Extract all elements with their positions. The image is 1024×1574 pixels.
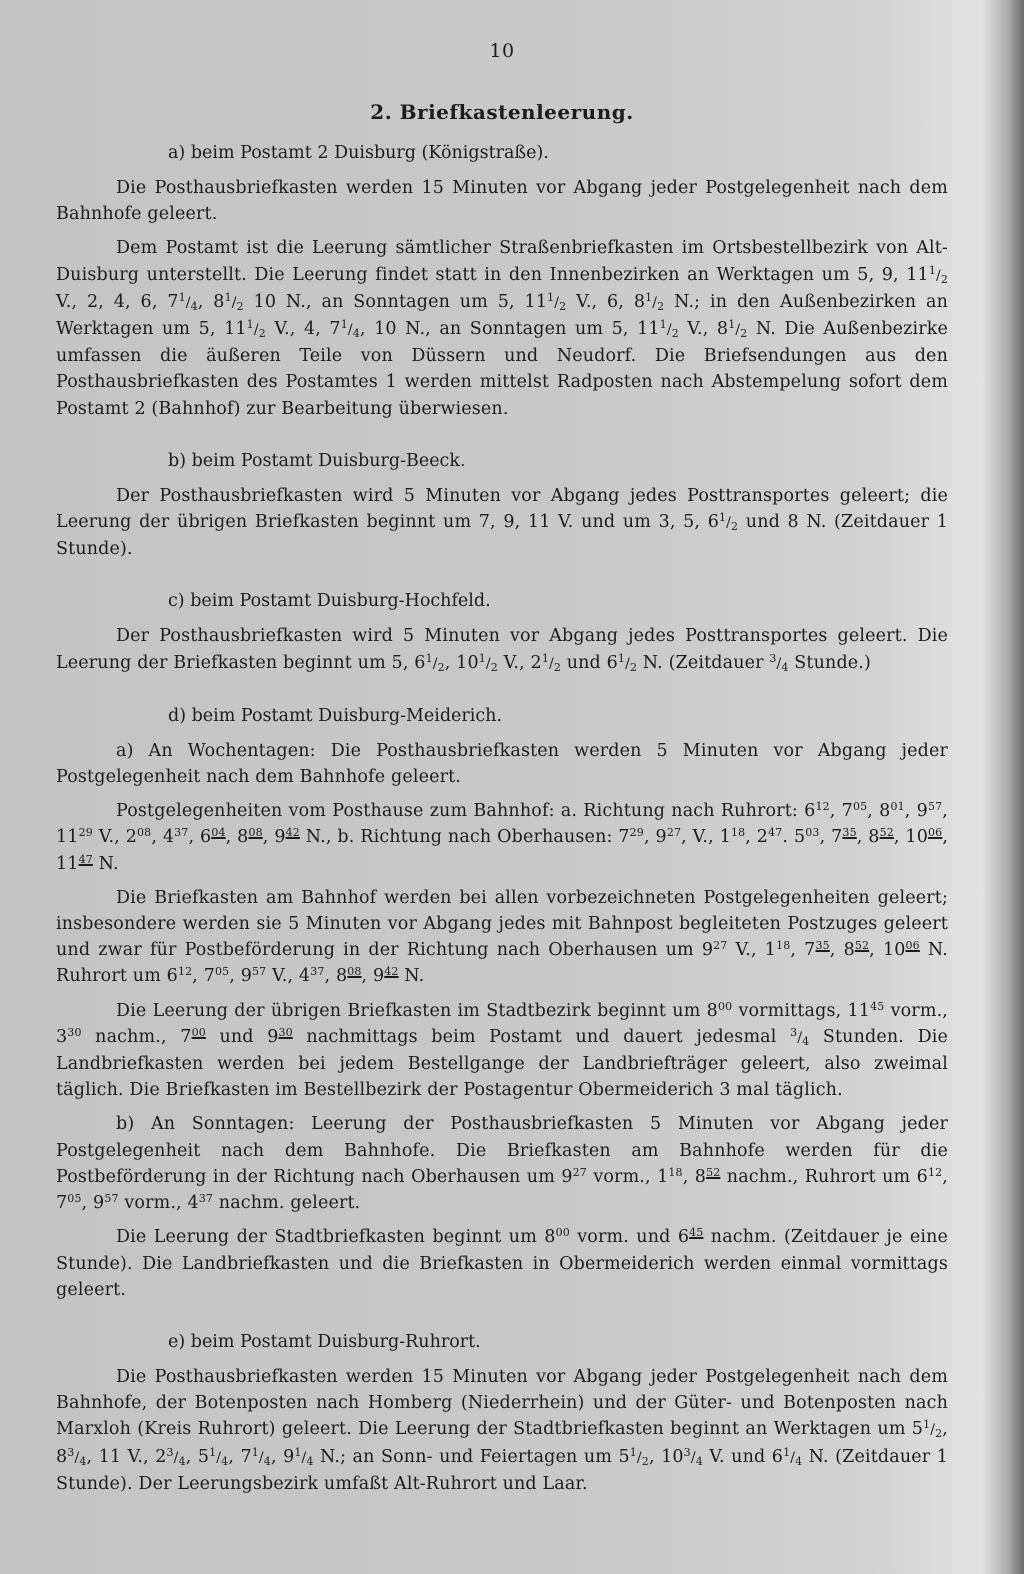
page-number: 10	[56, 40, 948, 62]
time-minutes-superscript: 30	[67, 1026, 81, 1039]
time-minutes-superscript: 12	[178, 965, 192, 978]
time-minutes-superscript: 05	[67, 1192, 81, 1205]
fraction-numerator: 1	[542, 652, 549, 665]
section-gap	[56, 1311, 948, 1329]
time-minutes-superscript-pm: 42	[384, 965, 398, 978]
fraction-numerator: 1	[479, 652, 486, 665]
fraction: 3/4	[167, 1447, 186, 1467]
fraction: 3/4	[790, 1027, 809, 1047]
fraction-denominator: 2	[259, 327, 266, 340]
time-minutes-superscript-pm: 04	[211, 826, 225, 839]
fraction-denominator: 2	[630, 661, 637, 674]
time-minutes-superscript: 27	[667, 826, 681, 839]
fraction-denominator: 4	[795, 1455, 802, 1468]
fraction-denominator: 2	[237, 300, 244, 313]
scanned-page: 10 2. Briefkastenleerung. a) beim Postam…	[0, 0, 1024, 1574]
time-minutes-superscript-pm: 00	[192, 1026, 206, 1039]
time-minutes-superscript-pm: 30	[279, 1026, 293, 1039]
time-minutes-superscript: 01	[890, 800, 904, 813]
time-minutes-superscript-pm: 42	[286, 826, 300, 839]
subsection-heading: c) beim Postamt Duisburg-Hochfeld.	[168, 588, 948, 615]
fraction-denominator: 4	[179, 1455, 186, 1468]
fraction: 1/2	[923, 1419, 942, 1439]
paragraph: Die Briefkasten am Bahnhof werden bei al…	[56, 885, 948, 990]
time-minutes-superscript: 12	[928, 1166, 942, 1179]
time-minutes-superscript: 18	[668, 1166, 682, 1179]
fraction: 1/2	[645, 292, 664, 312]
time-minutes-superscript-pm: 35	[842, 826, 856, 839]
fraction: 1/2	[547, 292, 566, 312]
subsection-heading: b) beim Postamt Duisburg-Beeck.	[168, 448, 948, 475]
fraction-denominator: 4	[306, 1455, 313, 1468]
fraction-denominator: 4	[353, 327, 360, 340]
fraction-numerator: 1	[929, 264, 936, 277]
paragraph: Die Posthausbriefkasten werden 15 Minute…	[56, 175, 948, 227]
fraction-denominator: 2	[941, 273, 948, 286]
fraction: 1/2	[618, 653, 637, 673]
time-minutes-superscript-pm: 45	[689, 1226, 703, 1239]
fraction: 1/2	[247, 319, 266, 339]
fraction: 3/4	[769, 653, 788, 673]
fraction-numerator: 1	[179, 291, 186, 304]
fraction: 1/2	[225, 292, 244, 312]
fraction-denominator: 2	[554, 661, 561, 674]
subsection-heading: a) beim Postamt 2 Duisburg (Königstraße)…	[168, 140, 948, 167]
time-minutes-superscript: 57	[928, 800, 942, 813]
time-minutes-superscript-pm: 47	[79, 853, 93, 866]
time-minutes-superscript: 18	[776, 939, 790, 952]
fraction-denominator: 4	[696, 1455, 703, 1468]
fraction-numerator: 3	[769, 652, 776, 665]
fraction-denominator: 4	[221, 1455, 228, 1468]
fraction-denominator: 4	[264, 1455, 271, 1468]
fraction: 3/4	[684, 1447, 703, 1467]
time-minutes-superscript: 05	[215, 965, 229, 978]
time-minutes-superscript: 57	[252, 965, 266, 978]
fraction: 1/2	[728, 319, 747, 339]
fraction-denominator: 4	[781, 661, 788, 674]
fraction-numerator: 1	[252, 1446, 259, 1459]
fraction-denominator: 2	[672, 327, 679, 340]
time-minutes-superscript: 47	[768, 826, 782, 839]
fraction: 1/2	[929, 265, 948, 285]
fraction: 1/2	[719, 512, 738, 532]
paragraph: Die Posthausbriefkasten werden 15 Minute…	[56, 1364, 948, 1497]
paragraph: b) An Sonntagen: Leerung der Posthausbri…	[56, 1111, 948, 1216]
time-minutes-superscript: 03	[805, 826, 819, 839]
paragraph: Die Leerung der übrigen Briefkasten im S…	[56, 998, 948, 1104]
section-title: 2. Briefkastenleerung.	[56, 100, 948, 124]
section-gap	[56, 570, 948, 588]
fraction-numerator: 3	[167, 1446, 174, 1459]
document-body: a) beim Postamt 2 Duisburg (Königstraße)…	[56, 140, 948, 1497]
fraction-denominator: 2	[740, 327, 747, 340]
time-minutes-superscript: 37	[174, 826, 188, 839]
fraction: 1/2	[630, 1447, 649, 1467]
fraction: 1/4	[252, 1447, 271, 1467]
fraction-numerator: 1	[341, 318, 348, 331]
fraction-numerator: 1	[630, 1446, 637, 1459]
fraction: 1/2	[479, 653, 498, 673]
fraction-numerator: 1	[426, 652, 433, 665]
fraction-numerator: 1	[294, 1446, 301, 1459]
time-minutes-superscript: 37	[199, 1192, 213, 1205]
time-minutes-superscript-pm: 35	[815, 939, 829, 952]
fraction-denominator: 4	[191, 300, 198, 313]
section-gap	[56, 430, 948, 448]
time-minutes-superscript-pm: 08	[347, 965, 361, 978]
time-minutes-superscript-pm: 52	[706, 1166, 720, 1179]
paragraph: Der Posthausbriefkasten wird 5 Minuten v…	[56, 623, 948, 676]
fraction: 1/4	[209, 1447, 228, 1467]
fraction-denominator: 2	[559, 300, 566, 313]
paragraph: a) An Wochentagen: Die Posthausbriefkast…	[56, 738, 948, 790]
time-minutes-superscript: 29	[630, 826, 644, 839]
fraction: 1/2	[660, 319, 679, 339]
time-minutes-superscript-pm: 06	[928, 826, 942, 839]
time-minutes-superscript: 00	[718, 1000, 732, 1013]
time-minutes-superscript: 08	[137, 826, 151, 839]
fraction: 1/4	[783, 1447, 802, 1467]
fraction: 3/4	[67, 1447, 86, 1467]
fraction-denominator: 4	[79, 1455, 86, 1468]
fraction-denominator: 2	[935, 1427, 942, 1440]
subsection-heading: d) beim Postamt Duisburg-Meiderich.	[168, 703, 948, 730]
fraction: 1/2	[426, 653, 445, 673]
subsection-heading: e) beim Postamt Duisburg-Ruhrort.	[168, 1329, 948, 1356]
time-minutes-superscript: 12	[815, 800, 829, 813]
fraction-denominator: 2	[491, 661, 498, 674]
time-minutes-superscript: 27	[573, 1166, 587, 1179]
fraction-denominator: 2	[731, 520, 738, 533]
fraction-numerator: 1	[618, 652, 625, 665]
time-minutes-superscript-pm: 08	[248, 826, 262, 839]
fraction: 1/2	[542, 653, 561, 673]
time-minutes-superscript: 29	[79, 826, 93, 839]
paragraph: Die Leerung der Stadtbriefkasten beginnt…	[56, 1224, 948, 1303]
fraction-denominator: 2	[657, 300, 664, 313]
page-content: 10 2. Briefkastenleerung. a) beim Postam…	[56, 40, 948, 1505]
time-minutes-superscript-pm: 52	[855, 939, 869, 952]
fraction: 1/4	[294, 1447, 313, 1467]
time-minutes-superscript: 05	[853, 800, 867, 813]
time-minutes-superscript: 37	[310, 965, 324, 978]
fraction-numerator: 1	[247, 318, 254, 331]
fraction: 1/4	[341, 319, 360, 339]
fraction-numerator: 1	[660, 318, 667, 331]
paragraph: Der Posthausbriefkasten wird 5 Minuten v…	[56, 483, 948, 563]
fraction-numerator: 1	[225, 291, 232, 304]
time-minutes-superscript-pm: 52	[880, 826, 894, 839]
fraction-denominator: 2	[438, 661, 445, 674]
time-minutes-superscript: 27	[713, 939, 727, 952]
fraction-numerator: 3	[684, 1446, 691, 1459]
paragraph: Dem Postamt ist die Leerung sämtlicher S…	[56, 235, 948, 421]
fraction-denominator: 2	[642, 1455, 649, 1468]
fraction-denominator: 4	[802, 1035, 809, 1048]
time-minutes-superscript: 57	[104, 1192, 118, 1205]
paragraph: Postgelegenheiten vom Posthause zum Bahn…	[56, 798, 948, 877]
section-gap	[56, 685, 948, 703]
time-minutes-superscript: 45	[870, 1000, 884, 1013]
fraction: 1/4	[179, 292, 198, 312]
time-minutes-superscript: 00	[556, 1226, 570, 1239]
time-minutes-superscript-pm: 06	[906, 939, 920, 952]
time-minutes-superscript: 18	[731, 826, 745, 839]
